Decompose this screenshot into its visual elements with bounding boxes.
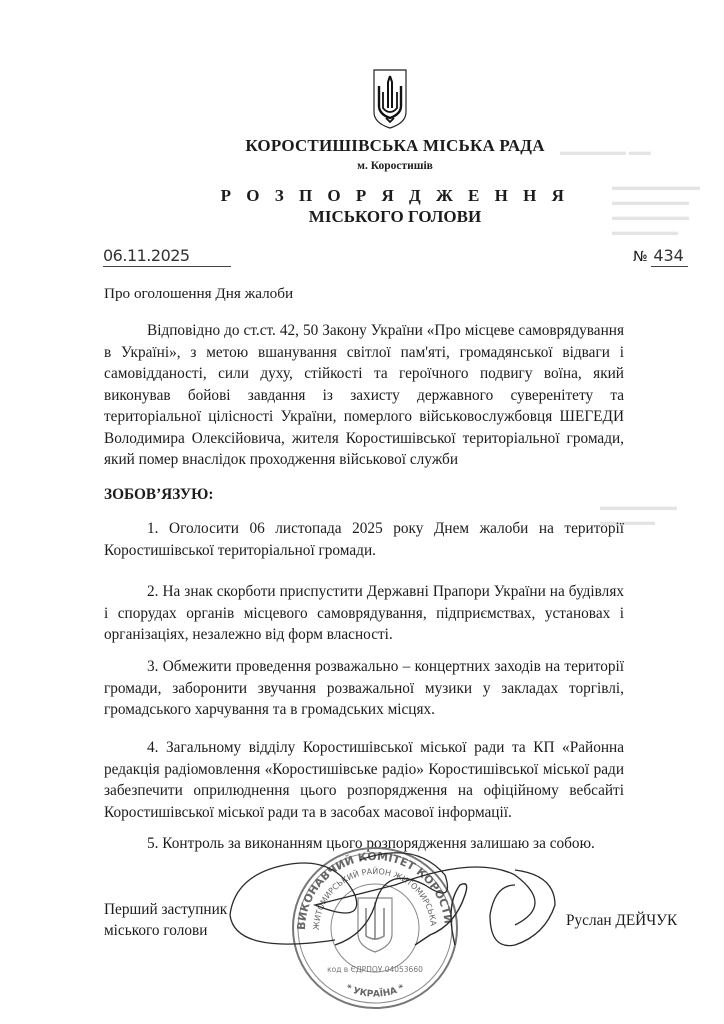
decree-item-3: 3. Обмежити проведення розважально – кон…	[104, 656, 624, 721]
decree-heading: ЗОБОВ’ЯЗУЮ:	[104, 486, 213, 504]
handwritten-signature	[215, 845, 635, 975]
city-name: м. Коростишів	[0, 160, 724, 172]
document-date: 06.11.2025	[103, 246, 231, 267]
signatory-name: Руслан ДЕЙЧУК	[566, 912, 677, 930]
organization-name: КОРОСТИШІВСЬКА МІСЬКА РАДА	[0, 136, 724, 156]
document-type-subtitle: МІСЬКОГО ГОЛОВИ	[0, 207, 724, 227]
coat-of-arms-icon	[372, 68, 408, 130]
decree-item-2: 2. На знак скорботи приспустити Державні…	[104, 581, 624, 646]
svg-text:* УКРАЇНА *: * УКРАЇНА *	[344, 983, 406, 1000]
signatory-title-line1: Перший заступник	[104, 899, 227, 920]
document-number: № 434	[633, 246, 688, 266]
decree-item-1: 1. Оголосити 06 листопада 2025 року Днем…	[104, 518, 624, 561]
decree-item-4: 4. Загальному відділу Коростишівської мі…	[104, 737, 624, 823]
stamp-bottom-text: * УКРАЇНА *	[344, 983, 406, 1000]
number-value: 434	[651, 246, 688, 267]
preamble-paragraph: Відповідно до ст.ст. 42, 50 Закону Украї…	[104, 320, 624, 471]
number-sign: №	[633, 249, 648, 265]
document-type: Р О З П О Р Я Д Ж Е Н Н Я	[0, 186, 724, 206]
signatory-title-line2: міського голови	[104, 920, 227, 941]
document-subject: Про оголошення Дня жалоби	[104, 285, 293, 303]
signatory-title: Перший заступник міського голови	[104, 899, 227, 941]
